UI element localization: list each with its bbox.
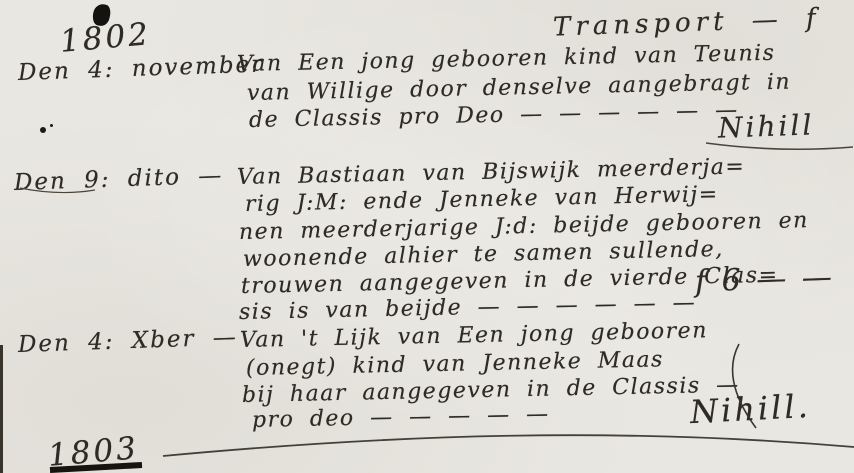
entry-date: Den 4: Xber —: [18, 324, 239, 358]
entry-line: pro deo — — — — —: [252, 402, 550, 433]
transport-label: Transport — f: [553, 3, 822, 42]
entry-date: Den 4: november: [18, 51, 265, 86]
entry-amount: f 6 — —: [694, 260, 835, 300]
entry-date: Den 9: dito —: [14, 163, 224, 196]
bottom-rule-stroke: [163, 435, 854, 456]
entry-amount: Nihill: [717, 108, 814, 144]
ink-dot: [50, 124, 53, 127]
entry-amount: Nihill.: [689, 387, 812, 431]
year-heading-1803: 1803: [47, 430, 141, 473]
page-edge-shadow: [0, 345, 3, 473]
manuscript-page: 1802 Transport — f Den 4: november Van E…: [0, 0, 854, 473]
year-heading-1802: 1802: [59, 16, 153, 60]
ink-dot: [40, 127, 46, 133]
